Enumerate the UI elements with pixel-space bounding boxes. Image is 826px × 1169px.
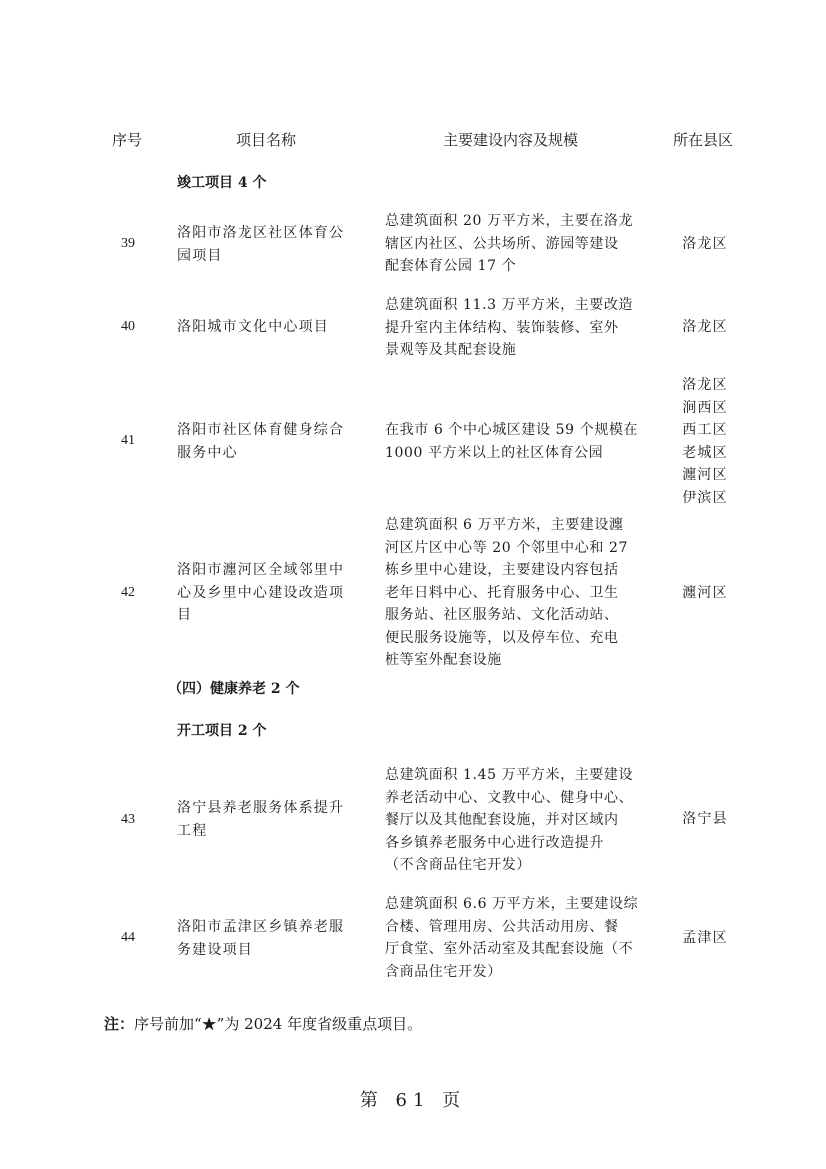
row-39-serial: 39 bbox=[108, 234, 148, 254]
section-completed-projects: 竣工项目 4 个 bbox=[177, 173, 267, 193]
row-39-project-name: 洛阳市洛龙区社区体育公 园项目 bbox=[177, 222, 362, 267]
section-health-elderly-care: （四）健康养老 2 个 bbox=[168, 679, 300, 699]
row-39-county: 洛龙区 bbox=[670, 233, 740, 256]
section-started-projects: 开工项目 2 个 bbox=[177, 721, 267, 741]
header-serial: 序号 bbox=[112, 130, 142, 150]
row-43-project-name: 洛宁县养老服务体系提升 工程 bbox=[177, 797, 362, 842]
row-44-project-name: 洛阳市孟津区乡镇养老服 务建设项目 bbox=[177, 916, 362, 961]
row-39-description: 总建筑面积 20 万平方米，主要在洛龙 辖区内社区、公共场所、游园等建设 配套体… bbox=[385, 210, 650, 278]
row-41-serial: 41 bbox=[108, 431, 148, 451]
row-43-description: 总建筑面积 1.45 万平方米，主要建设 养老活动中心、文教中心、健身中心、 餐… bbox=[385, 764, 650, 877]
footnote-text: 序号前加“★”为 2024 年度省级重点项目。 bbox=[134, 1015, 422, 1033]
row-40-county: 洛龙区 bbox=[670, 316, 740, 339]
row-41-county: 洛龙区 涧西区 西工区 老城区 瀍河区 伊滨区 bbox=[670, 374, 740, 509]
row-42-county: 瀍河区 bbox=[670, 582, 740, 605]
row-43-county: 洛宁县 bbox=[670, 808, 740, 831]
footnote-label: 注： bbox=[104, 1015, 134, 1033]
row-44-description: 总建筑面积 6.6 万平方米，主要建设综 合楼、管理用房、公共活动用房、餐 厅食… bbox=[385, 893, 650, 983]
row-44-county: 孟津区 bbox=[670, 927, 740, 950]
header-project-name: 项目名称 bbox=[236, 130, 296, 150]
row-43-serial: 43 bbox=[108, 810, 148, 830]
footnote: 注：序号前加“★”为 2024 年度省级重点项目。 bbox=[104, 1013, 422, 1035]
header-county: 所在县区 bbox=[673, 130, 733, 150]
row-44-serial: 44 bbox=[108, 928, 148, 948]
row-40-project-name: 洛阳城市文化中心项目 bbox=[177, 316, 362, 339]
row-41-project-name: 洛阳市社区体育健身综合 服务中心 bbox=[177, 419, 362, 464]
row-42-project-name: 洛阳市瀍河区全域邻里中 心及乡里中心建设改造项 目 bbox=[177, 559, 362, 627]
header-construction-content: 主要建设内容及规模 bbox=[443, 130, 578, 150]
row-41-description: 在我市 6 个中心城区建设 59 个规模在 1000 平方米以上的社区体育公园 bbox=[385, 419, 650, 464]
row-42-description: 总建筑面积 6 万平方米，主要建设瀍 河区片区中心等 20 个邻里中心和 27 … bbox=[385, 514, 650, 672]
row-40-serial: 40 bbox=[108, 317, 148, 337]
page-number: 第 61 页 bbox=[0, 1086, 826, 1112]
row-40-description: 总建筑面积 11.3 万平方米，主要改造 提升室内主体结构、装饰装修、室外 景观… bbox=[385, 294, 650, 362]
row-42-serial: 42 bbox=[108, 583, 148, 603]
